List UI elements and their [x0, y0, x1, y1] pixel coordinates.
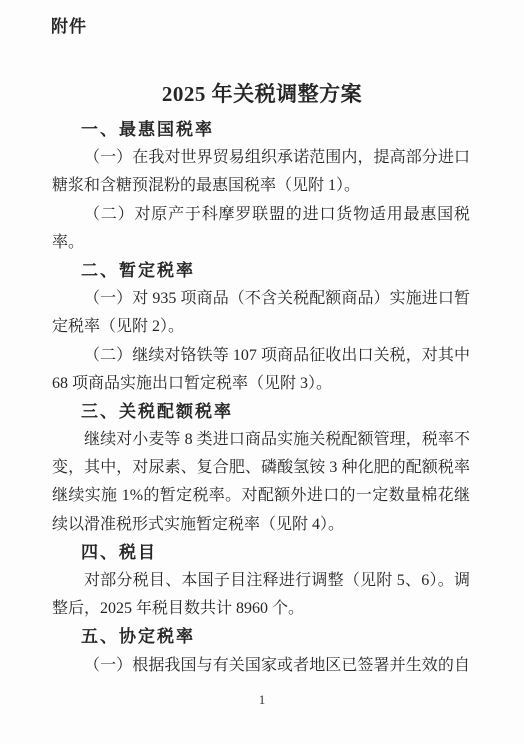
document-title: 2025 年关税调整方案 — [0, 78, 524, 108]
document-line: （二）对原产于科摩罗联盟的进口货物适用最惠国税 — [52, 201, 470, 229]
document-line: 五、协定税率 — [52, 623, 470, 651]
document-line: 糖浆和含糖预混粉的最惠国税率（见附 1）。 — [52, 172, 470, 200]
document-body: 一、最惠国税率（一）在我对世界贸易组织承诺范围内，提高部分进口糖浆和含糖预混粉的… — [52, 116, 470, 680]
document-line: （二）继续对铬铁等 107 项商品征收出口关税，对其中 — [52, 342, 470, 370]
document-line: 二、暂定税率 — [52, 257, 470, 285]
attachment-label: 附件 — [51, 12, 87, 37]
document-line: 68 项商品实施出口暂定税率（见附 3）。 — [52, 370, 470, 398]
document-line: 对部分税目、本国子目注释进行调整（见附 5、6）。调 — [52, 567, 470, 595]
document-line: （一）在我对世界贸易组织承诺范围内，提高部分进口 — [52, 144, 470, 172]
document-line: 续以滑准税形式实施暂定税率（见附 4）。 — [52, 511, 470, 539]
document-line: 整后，2025 年税目数共计 8960 个。 — [52, 595, 470, 623]
document-line: 定税率（见附 2）。 — [52, 313, 470, 341]
document-line: 率。 — [52, 229, 470, 257]
document-line: 一、最惠国税率 — [52, 116, 470, 144]
document-line: 四、税目 — [52, 539, 470, 567]
document-line: 三、关税配额税率 — [52, 398, 470, 426]
document-line: 继续实施 1%的暂定税率。对配额外进口的一定数量棉花继 — [52, 482, 470, 510]
document-page: 附件 2025 年关税调整方案 一、最惠国税率（一）在我对世界贸易组织承诺范围内… — [0, 0, 524, 744]
document-line: 继续对小麦等 8 类进口商品实施关税配额管理，税率不 — [52, 426, 470, 454]
document-line: 变，其中，对尿素、复合肥、磷酸氢铵 3 种化肥的配额税率 — [52, 454, 470, 482]
document-line: （一）对 935 项商品（不含关税配额商品）实施进口暂 — [52, 285, 470, 313]
document-line: （一）根据我国与有关国家或者地区已签署并生效的自 — [52, 652, 470, 680]
page-number: 1 — [0, 692, 524, 708]
